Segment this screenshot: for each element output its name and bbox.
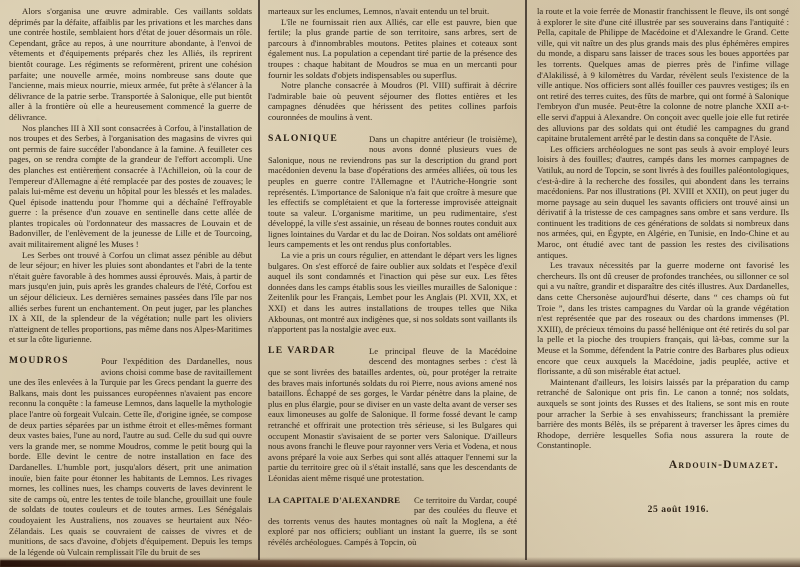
paragraph-moudros-plate: Notre planche consacrée à Moudros (Pl. V… <box>268 80 517 122</box>
section-salonique: SALONIQUEDans un chapitre antérieur (le … <box>268 134 517 251</box>
paragraph-continuation-pella: la route et la voie ferrée de Monastir f… <box>537 6 789 144</box>
section-moudros: MOUDROSPour l'expédition des Dardanelles… <box>9 356 252 557</box>
paragraph-offensive-begins: Maintenant d'ailleurs, les loisirs laiss… <box>537 377 789 451</box>
paragraph-corfou-plates: Nos planches III à XII sont consacrées à… <box>9 123 252 250</box>
author-signature: Ardouin-Dumazet. <box>537 460 779 471</box>
paragraph-continuation-lemnos: marteaux sur les enclumes, Lemnos, n'ava… <box>268 6 517 17</box>
section-text-moudros: Pour l'expédition des Dardanelles, nous … <box>9 356 252 557</box>
paragraph-serbian-army: Alors s'organisa une œuvre admirable. Ce… <box>9 6 252 123</box>
paragraph-war-excavations: Les travaux nécessités par la guerre mod… <box>537 260 789 377</box>
page-bottom-edge-dark <box>0 560 520 567</box>
column-divider-left <box>258 0 260 560</box>
paragraph-officer-archaeologists: Les officiers archéologues ne sont pas s… <box>537 144 789 261</box>
column-divider-right <box>525 0 527 560</box>
article-date: 25 août 1916. <box>537 505 709 516</box>
section-heading-moudros: MOUDROS <box>9 356 101 377</box>
paragraph-corfou-climate: Les Serbes ont trouvé à Corfou un climat… <box>9 250 252 345</box>
middle-column: marteaux sur les enclumes, Lemnos, n'ava… <box>268 6 517 562</box>
section-heading-salonique: SALONIQUE <box>268 134 369 155</box>
section-text-le-vardar: Le principal fleuve de la Macédoine desc… <box>268 346 517 483</box>
section-le-vardar: LE VARDARLe principal fleuve de la Macéd… <box>268 346 517 484</box>
section-heading-capitale-alexandre: LA CAPITALE D'ALEXANDRE <box>268 495 414 516</box>
section-heading-le-vardar: LE VARDAR <box>268 346 369 367</box>
left-column: Alors s'organisa une œuvre admirable. Ce… <box>9 6 252 562</box>
magazine-article-page: Alors s'organisa une œuvre admirable. Ce… <box>0 0 800 567</box>
paragraph-camp-life: La vie a pris un cours régulier, en atte… <box>268 250 517 335</box>
paragraph-island-resources: L'île ne fournissait rien aux Alliés, ca… <box>268 17 517 81</box>
right-column: la route et la voie ferrée de Monastir f… <box>537 6 789 562</box>
section-capitale-alexandre: LA CAPITALE D'ALEXANDRECe territoire du … <box>268 495 517 548</box>
